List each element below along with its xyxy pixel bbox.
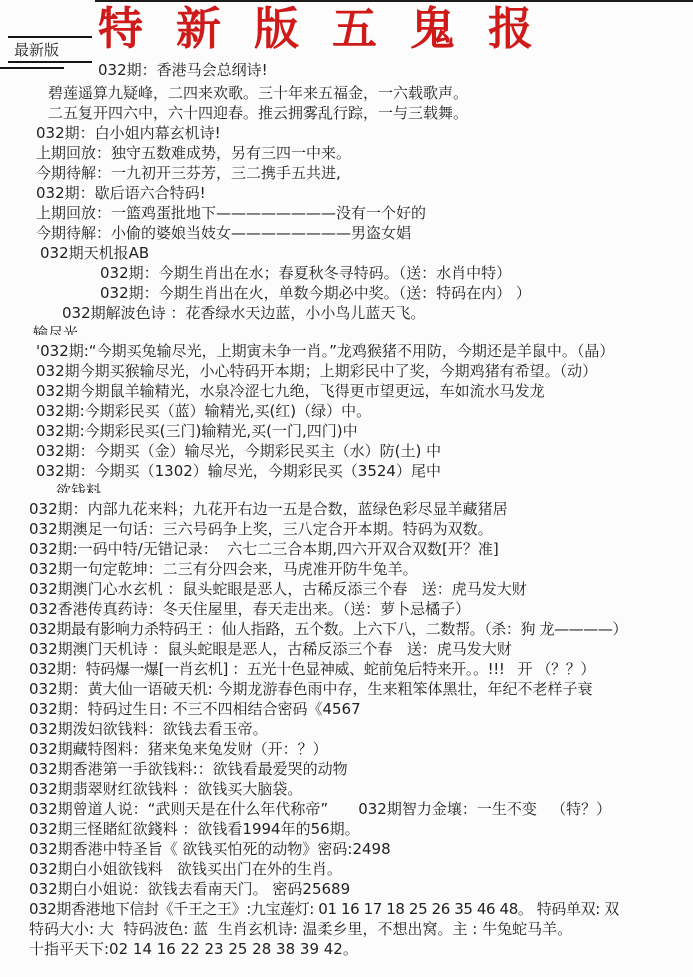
text-line: 十指平天下:02 14 16 22 23 25 28 38 39 42。 bbox=[0, 939, 693, 959]
text-line: 032期澳门天机诗 ：鼠头蛇眼是恶人，古稀反添三个春 送：虎马发大财 bbox=[0, 639, 693, 659]
edition-badge: 最新版 bbox=[8, 36, 92, 63]
section-heading: 032期天机报AB bbox=[0, 243, 693, 263]
text-line: 032香港传真药诗：冬天住屋里，春天走出来。（送：萝卜忌橘子） bbox=[0, 599, 693, 619]
text-line: 032期：今期买（1302）输尽光，今期彩民买（3524）尾中 bbox=[0, 461, 693, 481]
text-line: 032期：黄大仙一语破天机: 今期龙游春色雨中存，生来粗笨体黑壮，年纪不老样子衰 bbox=[0, 679, 693, 699]
text-line: 032期：歇后语六合特码! bbox=[0, 183, 693, 203]
masthead: 特新版五鬼报 最新版 032期：香港马会总纲诗! bbox=[0, 0, 693, 83]
newspaper-page: 特新版五鬼报 最新版 032期：香港马会总纲诗! 碧莲遥算九疑峰，二四来欢歌。三… bbox=[0, 0, 693, 977]
text-line: 032期：今期买（金）输尽光，今期彩民买主（水）防(土) 中 bbox=[0, 441, 693, 461]
clipped-section-label: 欲钱料 bbox=[0, 481, 693, 493]
text-line: 032期：特码爆一爆[一肖玄机] ：五光十色显神威、蛇前兔后特来开。。!!! 开… bbox=[0, 659, 693, 679]
text-line: 032期:一码中特/无错记录： 六七二三合本期,四六开双合双数[开？准] bbox=[0, 539, 693, 559]
text-line: 032期解波色诗 ：花香绿水天边蓝，小小鸟儿蓝天飞。 bbox=[0, 303, 693, 323]
text-line: 今期待解：一九初开三芬芳，三二携手五共进, bbox=[0, 163, 693, 183]
text-line: 今期待解：小偷的婆娘当妓女————————男盗女娼 bbox=[0, 223, 693, 243]
text-line: '032期:“今期买兔输尽光，上期寅未争一肖。”龙鸡猴猪不用防，今期还是羊鼠中。… bbox=[0, 341, 693, 361]
poem-line: 二五复开四六中，六十四迎春。推云拥雾乱行踪，一与三载舞。 bbox=[0, 103, 693, 123]
text-line: 032期白小姐说：欲钱去看南天门。 密码25689 bbox=[0, 879, 693, 899]
text-line: 032期今期鼠羊输精光，水泉冷涩七九绝，飞得更市望更远，车如流水马发龙 bbox=[0, 381, 693, 401]
text-line: 032期三怪賭紅欲錢料 ：欲钱看1994年的56期。 bbox=[0, 819, 693, 839]
text-line: 032期：今期生肖出在水；春夏秋冬寻特码。（送：水肖中特） bbox=[0, 263, 693, 283]
text-line: 特码大小: 大 特码波色: 蓝 生肖玄机诗: 温柔乡里，不想出窝。主 : 牛兔蛇… bbox=[0, 919, 693, 939]
text-line: 032期一句定乾坤：二三有分四会来，马虎准开防牛兔羊。 bbox=[0, 559, 693, 579]
text-line: 上期回放：一篮鸡蛋批地下————————没有一个好的 bbox=[0, 203, 693, 223]
text-line: 032期翡翠财红欲钱料 ：欲钱买大脑袋。 bbox=[0, 779, 693, 799]
dual-right-text: 032期智力金壤：一生不变 （特？） bbox=[358, 799, 611, 819]
content: 碧莲遥算九疑峰，二四来欢歌。三十年来五福金，一六载歌声。 二五复开四六中，六十四… bbox=[0, 83, 693, 959]
clipped-section-label: 输尽光 bbox=[0, 323, 693, 335]
text-line: 032期今期买猴输尽光，小心特码开本期；上期彩民中了奖，今期鸡猪有希望。（动） bbox=[0, 361, 693, 381]
text-line: 032期泼妇欲钱料：欲钱去看玉帝。 bbox=[0, 719, 693, 739]
text-line: 032期最有影响力杀特码王 ：仙人指路，五个数。上六下八，二数帮。（杀：狗 龙—… bbox=[0, 619, 693, 639]
text-line: 032期：白小姐内幕玄机诗! bbox=[0, 123, 693, 143]
text-line: 032期澳足一句话：三六号码争上奖，三八定合开本期。特码为双数。 bbox=[0, 519, 693, 539]
text-line: 032期：今期生肖出在火，单数今期必中奖。（送：特码在内） ） bbox=[0, 283, 693, 303]
poem-line: 碧莲遥算九疑峰，二四来欢歌。三十年来五福金，一六载歌声。 bbox=[0, 83, 693, 103]
text-line: 032期香港地下信封《千王之王》:九宝莲灯: 01 16 17 18 25 26… bbox=[0, 899, 693, 919]
text-line: 032期：内部九花来料；九花开右边一五是合数，蓝绿色彩尽显羊藏猪居 bbox=[0, 499, 693, 519]
text-line: 032期香港中特圣旨《 欲钱买怕死的动物》密码:2498 bbox=[0, 839, 693, 859]
text-line: 032期藏特图料：猪来兔来兔发财（开：？） bbox=[0, 739, 693, 759]
text-line: 032期:今期彩民买(三门)输精光,买(一门,四门)中 bbox=[0, 421, 693, 441]
text-line: 032期白小姐欲钱料 欲钱买出门在外的生肖。 bbox=[0, 859, 693, 879]
text-line-dual: 032期曾道人说：“武则天是在什么年代称帝” 032期智力金壤：一生不变 （特？… bbox=[0, 799, 693, 819]
text-line: 032期澳门心水玄机 ：鼠头蛇眼是恶人，古稀反添三个春 送：虎马发大财 bbox=[0, 579, 693, 599]
dual-left-text: 032期曾道人说：“武则天是在什么年代称帝” bbox=[29, 799, 328, 819]
text-line: 上期回放：独守五数难成势，另有三四一中来。 bbox=[0, 143, 693, 163]
masthead-title: 特新版五鬼报 bbox=[98, 0, 566, 58]
text-line: 032期：特码过生日: 不三不四相结合密码《4567 bbox=[0, 699, 693, 719]
short-rule bbox=[0, 67, 64, 69]
issue-subtitle: 032期：香港马会总纲诗! bbox=[98, 60, 268, 80]
edition-badge-label: 最新版 bbox=[14, 41, 59, 59]
text-line: 032期:今期彩民买（蓝）输精光,买(红)（绿）中。 bbox=[0, 401, 693, 421]
text-line: 032期香港第一手欲钱料:：欲钱看最爱哭的动物 bbox=[0, 759, 693, 779]
